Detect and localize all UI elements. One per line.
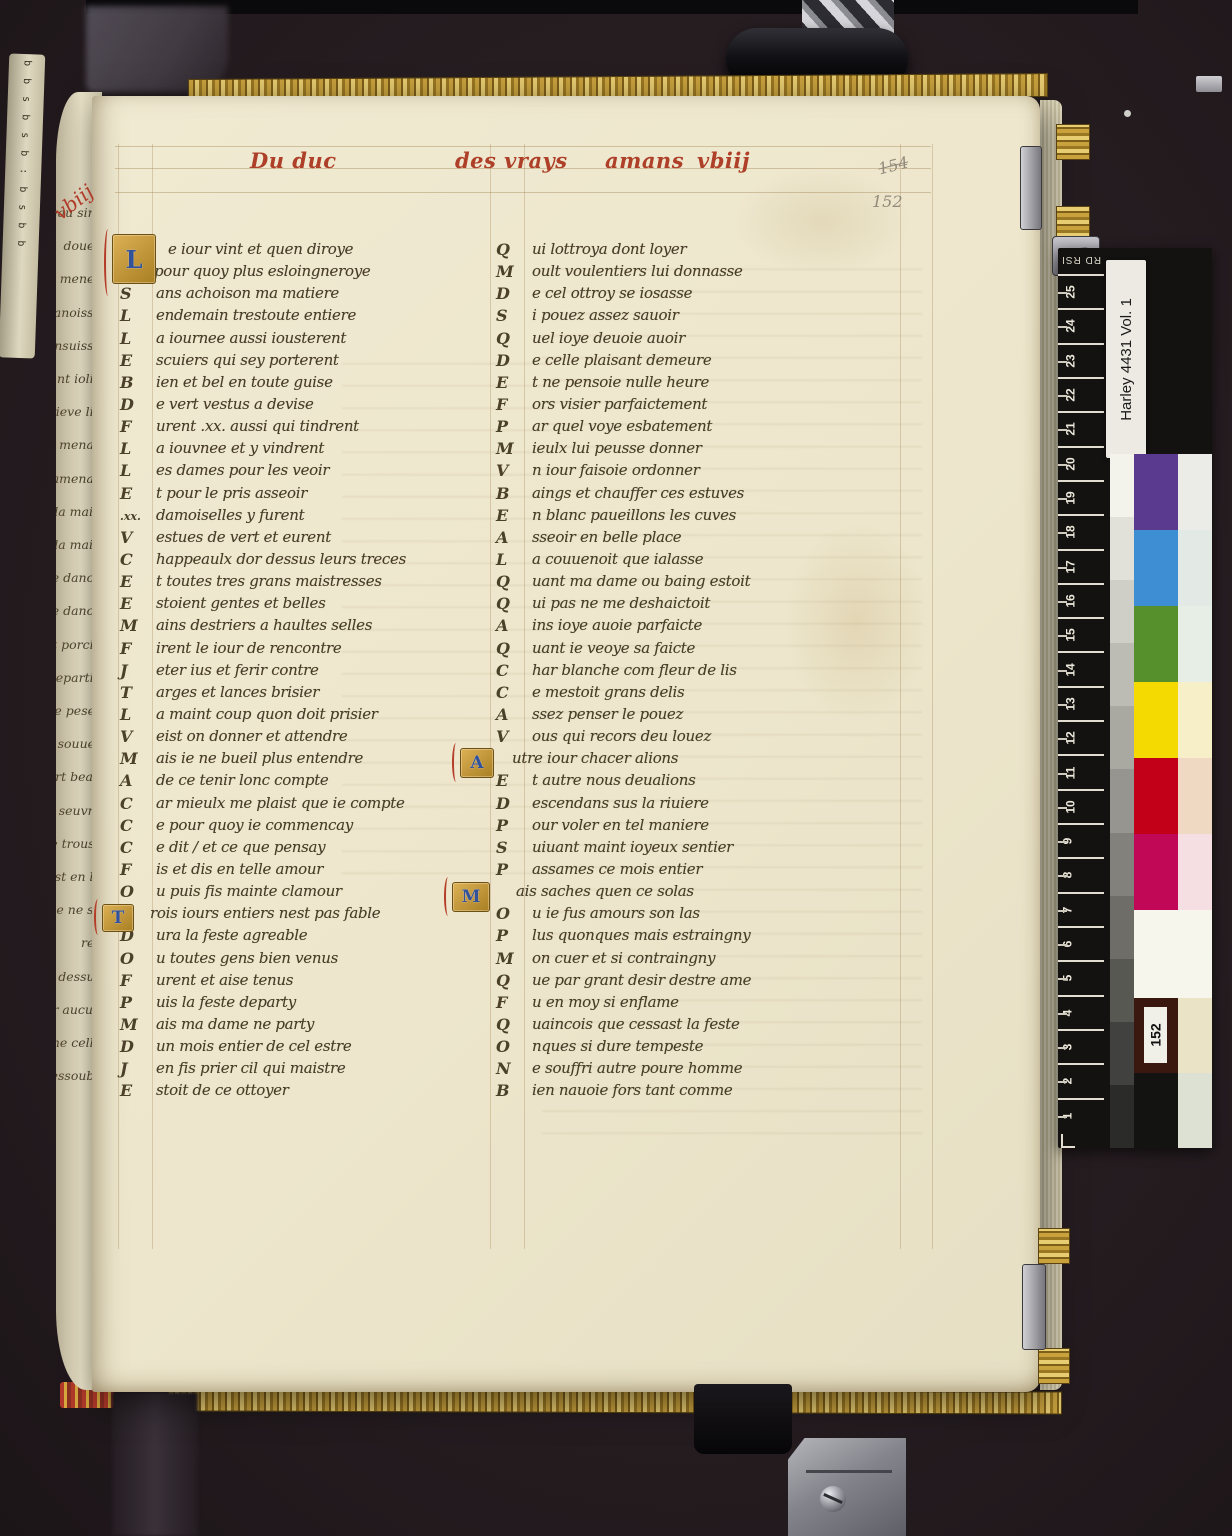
line-text: e pour quoy ie commencay xyxy=(156,816,353,834)
line-capital: C xyxy=(496,661,532,680)
line-text: t autre nous deualions xyxy=(532,771,696,789)
ruler-number: 24 xyxy=(1064,320,1078,333)
line-capital: F xyxy=(120,417,156,436)
text-line: Mains destriers a haultes selles xyxy=(120,616,486,638)
edge-glyph-column: b b s b s b : b s b b xyxy=(11,60,32,358)
line-capital: E xyxy=(120,484,156,503)
text-line: Et pour le pris asseoir xyxy=(120,484,486,506)
line-text: en fis prier cil qui maistre xyxy=(156,1059,345,1077)
ruler-cell: 12 xyxy=(1058,720,1104,754)
line-capital: Q xyxy=(496,572,532,591)
retaining-strap xyxy=(694,1384,792,1454)
text-line: Vestues de vert et eurent xyxy=(120,528,486,550)
text-line: Plus quonques mais estraingny xyxy=(496,926,926,948)
initial-letter: L xyxy=(126,245,143,274)
line-text: har blanche com fleur de lis xyxy=(532,661,737,679)
line-capital: .xx. xyxy=(120,506,156,523)
line-capital: E xyxy=(120,594,156,613)
ruler-cell: 11 xyxy=(1058,754,1104,788)
text-line: pour quoy plus esloingneroye xyxy=(120,262,486,284)
line-text: e vert vestus a devise xyxy=(156,395,314,413)
ruler-number: 9 xyxy=(1060,838,1074,845)
line-text: ais saches quen ce solas xyxy=(516,882,694,900)
ruler-cell: 4 xyxy=(1058,995,1104,1029)
line-capital: P xyxy=(496,860,532,879)
bracket-seam xyxy=(806,1470,892,1473)
line-text: oult voulentiers lui donnasse xyxy=(532,262,743,280)
ruler-number: 21 xyxy=(1064,423,1078,436)
line-text: e souffri autre poure homme xyxy=(532,1059,742,1077)
text-line: Ce mestoit grans delis xyxy=(496,683,926,705)
gilt-fore-edge-tooling xyxy=(1038,1348,1070,1384)
line-text: arges et lances brisier xyxy=(156,683,319,701)
line-capital: Q xyxy=(496,639,532,658)
patch-row xyxy=(1134,530,1212,606)
color-calibration-target: RD RSI 252423222120191817161514131211109… xyxy=(1058,248,1212,1148)
line-text: uant ie veoye sa faicte xyxy=(532,639,695,657)
line-text: stoit de ce ottoyer xyxy=(156,1081,289,1099)
ruler-scale: 2524232221201918171615141312111098765432… xyxy=(1058,274,1104,1132)
text-line: Firent le iour de rencontre xyxy=(120,639,486,661)
line-capital: C xyxy=(120,794,156,813)
shelfmark-text: Harley 4431 Vol. 1 xyxy=(1118,298,1135,421)
line-text: is et dis en telle amour xyxy=(156,860,323,878)
line-text: ien et bel en toute guise xyxy=(156,373,333,391)
line-capital: F xyxy=(120,860,156,879)
patch-row xyxy=(1134,454,1212,530)
text-line: Fors visier parfaictement xyxy=(496,395,926,417)
line-capital: Q xyxy=(496,240,532,259)
illuminated-initial: A xyxy=(460,748,494,778)
text-line: Targes et lances brisier xyxy=(120,683,486,705)
ruler-cell: 7 xyxy=(1058,892,1104,926)
line-text: happeaulx dor dessus leurs treces xyxy=(156,550,406,568)
line-text: ins ioye auoie parfaicte xyxy=(532,616,702,634)
line-capital: A xyxy=(496,705,532,724)
line-capital: F xyxy=(120,639,156,658)
text-line: Quel ioye deuoie auoir xyxy=(496,329,926,351)
ruler-number: 20 xyxy=(1064,457,1078,470)
line-text: uel ioye deuoie auoir xyxy=(532,329,685,347)
text-line: Mais ma dame ne party xyxy=(120,1015,486,1037)
ruler-number: 15 xyxy=(1064,629,1078,642)
initial-letter: A xyxy=(470,753,483,773)
line-text: u ie fus amours son las xyxy=(532,904,700,922)
line-capital: S xyxy=(120,284,156,303)
text-line: Asseoir en belle place xyxy=(496,528,926,550)
shelfmark-label: Harley 4431 Vol. 1 xyxy=(1106,260,1146,458)
line-text: sseoir en belle place xyxy=(532,528,681,546)
text-line: La iournee aussi iousterent xyxy=(120,329,486,351)
line-text: ieulx lui peusse donner xyxy=(532,439,702,457)
grayscale-step xyxy=(1110,517,1134,580)
ruler-number: 13 xyxy=(1064,697,1078,710)
line-text: uis la feste departy xyxy=(156,993,296,1011)
line-text: on cuer et si contraingny xyxy=(532,949,715,967)
ruler-cell: 3 xyxy=(1058,1029,1104,1063)
line-text: ais ma dame ne party xyxy=(156,1015,314,1033)
line-text: t toutes tres grans maistresses xyxy=(156,572,382,590)
text-line: Estoient gentes et belles xyxy=(120,594,486,616)
line-text: ui lottroya dont loyer xyxy=(532,240,686,258)
line-text: scuiers qui sey porterent xyxy=(156,351,339,369)
line-capital: O xyxy=(496,1037,532,1056)
line-capital: L xyxy=(120,439,156,458)
text-line: Jen fis prier cil qui maistre xyxy=(120,1059,486,1081)
text-line: Jeter ius et ferir contre xyxy=(120,661,486,683)
tint-patch xyxy=(1178,998,1212,1073)
line-text: estues de vert et eurent xyxy=(156,528,331,546)
line-text: n iour faisoie ordonner xyxy=(532,461,700,479)
illuminated-initial: T xyxy=(102,904,134,932)
line-text: ar quel voye esbatement xyxy=(532,417,712,435)
line-text: our voler en tel maniere xyxy=(532,816,709,834)
line-capital: M xyxy=(496,262,532,281)
line-text: urent .xx. aussi qui tindrent xyxy=(156,417,359,435)
text-line: De vert vestus a devise xyxy=(120,395,486,417)
grayscale-step xyxy=(1110,454,1134,517)
text-line: Moult voulentiers lui donnasse xyxy=(496,262,926,284)
text-line: Quant ma dame ou baing estoit xyxy=(496,572,926,594)
line-capital: A xyxy=(496,528,532,547)
grayscale-step xyxy=(1110,959,1134,1022)
line-capital: A xyxy=(120,771,156,790)
ruling-line xyxy=(115,146,931,147)
line-text: rois iours entiers nest pas fable xyxy=(150,904,380,922)
text-line: Mieulx lui peusse donner xyxy=(496,439,926,461)
ruler-cell: 13 xyxy=(1058,686,1104,720)
grayscale-step xyxy=(1110,1085,1134,1148)
ruler-number: 5 xyxy=(1060,975,1074,982)
text-line: Vn iour faisoie ordonner xyxy=(496,461,926,483)
text-line: Quaincois que cessast la feste xyxy=(496,1015,926,1037)
ruler-cell: 8 xyxy=(1058,857,1104,891)
line-text: i pouez assez sauoir xyxy=(532,306,679,324)
ruler-number: 18 xyxy=(1064,526,1078,539)
text-line: Si pouez assez sauoir xyxy=(496,306,926,328)
page-clip-top xyxy=(1020,146,1042,230)
grayscale-step xyxy=(1110,643,1134,706)
line-text: de ce tenir lonc compte xyxy=(156,771,329,789)
text-line: Ne souffri autre poure homme xyxy=(496,1059,926,1081)
text-line: Que par grant desir destre ame xyxy=(496,971,926,993)
page-clip-bottom xyxy=(1022,1264,1046,1350)
line-capital: D xyxy=(496,794,532,813)
line-text: utre iour chacer alions xyxy=(512,749,678,767)
text-line: Escuiers qui sey porterent xyxy=(120,351,486,373)
text-line: Quant ie veoye sa faicte xyxy=(496,639,926,661)
line-capital: C xyxy=(496,683,532,702)
line-text: ais ie ne bueil plus entendre xyxy=(156,749,363,767)
initial-letter: M xyxy=(462,887,481,907)
ruler-cell: 2 xyxy=(1058,1063,1104,1097)
text-line: Ce dit / et ce que pensay xyxy=(120,838,486,860)
ruler-cell: 14 xyxy=(1058,651,1104,685)
running-title-part: amans xyxy=(605,148,684,173)
cradle-metal-bracket xyxy=(788,1438,906,1536)
patch-row xyxy=(1134,834,1212,910)
ruler-cell: 25 xyxy=(1058,274,1104,308)
text-line: Ade ce tenir lonc compte xyxy=(120,771,486,793)
line-capital: P xyxy=(496,926,532,945)
line-text: pour quoy plus esloingneroye xyxy=(154,262,370,280)
color-patch xyxy=(1134,910,1212,998)
line-capital: E xyxy=(496,506,532,525)
line-text: u toutes gens bien venus xyxy=(156,949,338,967)
corner-metal-fitting xyxy=(1196,76,1222,92)
line-capital: N xyxy=(496,1059,532,1078)
ruler-cell: 21 xyxy=(1058,411,1104,445)
line-text: ans achoison ma matiere xyxy=(156,284,339,302)
text-line: Descendans sus la riuiere xyxy=(496,794,926,816)
ruler-cell: 1 xyxy=(1058,1098,1104,1132)
color-patch xyxy=(1134,606,1178,682)
tint-patch xyxy=(1178,1073,1212,1148)
manuscript-page-recto: Du duc des vrays amans vbiij 154 152 e i… xyxy=(92,96,1040,1392)
ruler-corner-mark xyxy=(1061,1134,1075,1148)
ruler-cell: 19 xyxy=(1058,480,1104,514)
line-capital: O xyxy=(496,904,532,923)
illuminated-initial: M xyxy=(452,882,490,912)
text-line: Pour voler en tel maniere xyxy=(496,816,926,838)
line-text: ar mieulx me plaist que ie compte xyxy=(156,794,405,812)
line-text: ains destriers a haultes selles xyxy=(156,616,372,634)
text-line: Ou toutes gens bien venus xyxy=(120,949,486,971)
line-text: ous qui recors deu louez xyxy=(532,727,711,745)
line-capital: Q xyxy=(496,329,532,348)
line-capital: D xyxy=(496,351,532,370)
line-text: un mois entier de cel estre xyxy=(156,1037,351,1055)
ruler-number: 1 xyxy=(1060,1112,1074,1119)
line-capital: E xyxy=(496,771,532,790)
ruler-number: 22 xyxy=(1064,388,1078,401)
bracket-screw xyxy=(820,1486,846,1512)
text-line: Bien et bel en toute guise xyxy=(120,373,486,395)
line-text: ien nauoie fors tant comme xyxy=(532,1081,732,1099)
grayscale-step xyxy=(1110,1022,1134,1085)
ruler-number: 12 xyxy=(1064,732,1078,745)
line-text: ura la feste agreable xyxy=(156,926,307,944)
text-line: Vous qui recors deu louez xyxy=(496,727,926,749)
text-line: ais saches quen ce solas xyxy=(496,882,926,904)
text-line: Furent et aise tenus xyxy=(120,971,486,993)
line-text: u en moy si enflame xyxy=(532,993,679,1011)
line-capital: Q xyxy=(496,971,532,990)
line-text: e cel ottroy se iosasse xyxy=(532,284,692,302)
tint-patch xyxy=(1178,834,1212,910)
text-line: Qui lottroya dont loyer xyxy=(496,240,926,262)
line-text: uaincois que cessast la feste xyxy=(532,1015,740,1033)
line-capital: F xyxy=(496,395,532,414)
text-line: Mon cuer et si contraingny xyxy=(496,949,926,971)
ruler-number: 23 xyxy=(1064,354,1078,367)
color-patch-column: 152 xyxy=(1134,454,1212,1148)
grayscale-step xyxy=(1110,580,1134,643)
corner-highlight xyxy=(1124,110,1131,117)
ruler-number: 4 xyxy=(1060,1009,1074,1016)
text-line: La couuenoit que ialasse xyxy=(496,550,926,572)
text-line: Par quel voye esbatement xyxy=(496,417,926,439)
line-text: e iour vint et quen diroye xyxy=(168,240,353,258)
text-line: Estoit de ce ottoyer xyxy=(120,1081,486,1103)
line-text: eist on donner et attendre xyxy=(156,727,347,745)
tint-patch xyxy=(1178,758,1212,834)
ruler-cell: 15 xyxy=(1058,617,1104,651)
line-capital: D xyxy=(120,1037,156,1056)
text-line: En blanc paueillons les cuves xyxy=(496,506,926,528)
text-line: Dura la feste agreable xyxy=(120,926,486,948)
line-capital: L xyxy=(120,329,156,348)
line-text: e mestoit grans delis xyxy=(532,683,684,701)
line-text: escendans sus la riuiere xyxy=(532,794,709,812)
line-capital: L xyxy=(120,705,156,724)
color-patch xyxy=(1134,834,1178,910)
line-capital: A xyxy=(496,616,532,635)
line-capital: C xyxy=(120,550,156,569)
line-capital: Q xyxy=(496,1015,532,1034)
photo-top-border xyxy=(86,0,1138,14)
color-patch xyxy=(1134,530,1178,606)
ruler-number: 16 xyxy=(1064,594,1078,607)
line-capital: L xyxy=(120,306,156,325)
line-capital: E xyxy=(496,373,532,392)
facing-page-edge-strip: b b s b s b : b s b b xyxy=(0,53,45,358)
ruler-number: 8 xyxy=(1060,872,1074,879)
text-line: Passames ce mois entier xyxy=(496,860,926,882)
running-title-part: vbiij xyxy=(697,148,750,173)
line-capital: J xyxy=(120,661,156,680)
line-capital: F xyxy=(120,971,156,990)
line-capital: P xyxy=(120,993,156,1012)
patch-number-label: 152 xyxy=(1144,1007,1167,1063)
ruler-number: 19 xyxy=(1064,491,1078,504)
text-line: Et toutes tres grans maistresses xyxy=(120,572,486,594)
text-line: Char blanche com fleur de lis xyxy=(496,661,926,683)
ruler-number: 6 xyxy=(1060,941,1074,948)
line-text: n blanc paueillons les cuves xyxy=(532,506,736,524)
line-text: a maint coup quon doit prisier xyxy=(156,705,378,723)
gilt-fore-edge-tooling xyxy=(1056,124,1090,160)
text-line: Car mieulx me plaist que ie compte xyxy=(120,794,486,816)
line-text: ue par grant desir destre ame xyxy=(532,971,751,989)
text-line: Assez penser le pouez xyxy=(496,705,926,727)
line-capital: D xyxy=(496,284,532,303)
patch-number-text: 152 xyxy=(1148,1023,1164,1046)
line-text: u puis fis mainte clamour xyxy=(156,882,342,900)
line-capital: M xyxy=(120,1015,156,1034)
line-text: damoiselles y furent xyxy=(156,506,304,524)
text-line: De celle plaisant demeure xyxy=(496,351,926,373)
ruling-line xyxy=(118,144,119,1249)
line-capital: M xyxy=(120,749,156,768)
ruler-cell: 5 xyxy=(1058,960,1104,994)
tint-patch xyxy=(1178,454,1212,530)
ruler-number: 17 xyxy=(1064,560,1078,573)
line-capital: L xyxy=(120,461,156,480)
text-line: Dun mois entier de cel estre xyxy=(120,1037,486,1059)
line-text: uiuant maint ioyeux sentier xyxy=(532,838,733,856)
ruler-cell: 20 xyxy=(1058,446,1104,480)
manuscript-photo: b b s b s b : b s b b vbiij us beau sire… xyxy=(0,0,1232,1536)
line-capital: D xyxy=(120,395,156,414)
line-text: e dit / et ce que pensay xyxy=(156,838,325,856)
line-capital: V xyxy=(120,727,156,746)
ruler-cell: 18 xyxy=(1058,514,1104,548)
line-capital: S xyxy=(496,306,532,325)
grayscale-strip xyxy=(1110,454,1134,1148)
text-line: Qui pas ne me deshaictoit xyxy=(496,594,926,616)
grayscale-step xyxy=(1110,896,1134,959)
grayscale-step xyxy=(1110,769,1134,832)
line-text: uant ma dame ou baing estoit xyxy=(532,572,750,590)
color-patch xyxy=(1134,1073,1178,1148)
ruler-cell: 22 xyxy=(1058,377,1104,411)
folio-number-old: 154 xyxy=(876,153,910,179)
text-line: Les dames pour les veoir xyxy=(120,461,486,483)
line-text: nques si dure tempeste xyxy=(532,1037,703,1055)
illuminated-initial: L xyxy=(112,234,156,284)
line-capital: M xyxy=(496,439,532,458)
tint-patch xyxy=(1178,530,1212,606)
text-line: Bien nauoie fors tant comme xyxy=(496,1081,926,1103)
grayscale-step xyxy=(1110,833,1134,896)
line-text: eter ius et ferir contre xyxy=(156,661,319,679)
ruler-cell: 10 xyxy=(1058,789,1104,823)
text-line: Mais ie ne bueil plus entendre xyxy=(120,749,486,771)
ruler-number: 3 xyxy=(1060,1044,1074,1051)
line-capital: E xyxy=(120,1081,156,1100)
text-line: Veist on donner et attendre xyxy=(120,727,486,749)
color-patch xyxy=(1134,682,1178,758)
ruler-number: 10 xyxy=(1064,800,1078,813)
line-capital: E xyxy=(120,572,156,591)
text-line: Et ne pensoie nulle heure xyxy=(496,373,926,395)
text-line: e iour vint et quen diroye xyxy=(120,240,486,262)
line-capital: B xyxy=(496,1081,532,1100)
text-line: Fis et dis en telle amour xyxy=(120,860,486,882)
text-line: Et autre nous deualions xyxy=(496,771,926,793)
line-capital: O xyxy=(120,882,156,901)
line-capital: V xyxy=(496,461,532,480)
text-line: rois iours entiers nest pas fable xyxy=(120,904,486,926)
line-text: a iouvnee et y vindrent xyxy=(156,439,324,457)
calibration-ruler: RD RSI 252423222120191817161514131211109… xyxy=(1058,248,1104,1148)
line-text: ui pas ne me deshaictoit xyxy=(532,594,710,612)
patch-row: 152 xyxy=(1134,998,1212,1073)
ruler-cell: 6 xyxy=(1058,926,1104,960)
text-line: La iouvnee et y vindrent xyxy=(120,439,486,461)
text-line: Suiuant maint ioyeux sentier xyxy=(496,838,926,860)
line-text: ssez penser le pouez xyxy=(532,705,683,723)
ruler-number: 11 xyxy=(1063,766,1077,779)
text-line: Lendemain trestoute entiere xyxy=(120,306,486,328)
text-line: Onques si dure tempeste xyxy=(496,1037,926,1059)
ruler-cell: 23 xyxy=(1058,343,1104,377)
line-capital: M xyxy=(120,616,156,635)
text-line: La maint coup quon doit prisier xyxy=(120,705,486,727)
gilt-fore-edge-tooling xyxy=(1038,1228,1070,1264)
line-text: stoient gentes et belles xyxy=(156,594,326,612)
patch-row xyxy=(1134,1073,1212,1148)
text-line: De cel ottroy se iosasse xyxy=(496,284,926,306)
line-text: t pour le pris asseoir xyxy=(156,484,307,502)
color-patch xyxy=(1134,758,1178,834)
text-line: utre iour chacer alions xyxy=(496,749,926,771)
line-capital: P xyxy=(496,816,532,835)
line-capital: V xyxy=(120,528,156,547)
line-text: lus quonques mais estraingny xyxy=(532,926,750,944)
text-line: Fu en moy si enflame xyxy=(496,993,926,1015)
